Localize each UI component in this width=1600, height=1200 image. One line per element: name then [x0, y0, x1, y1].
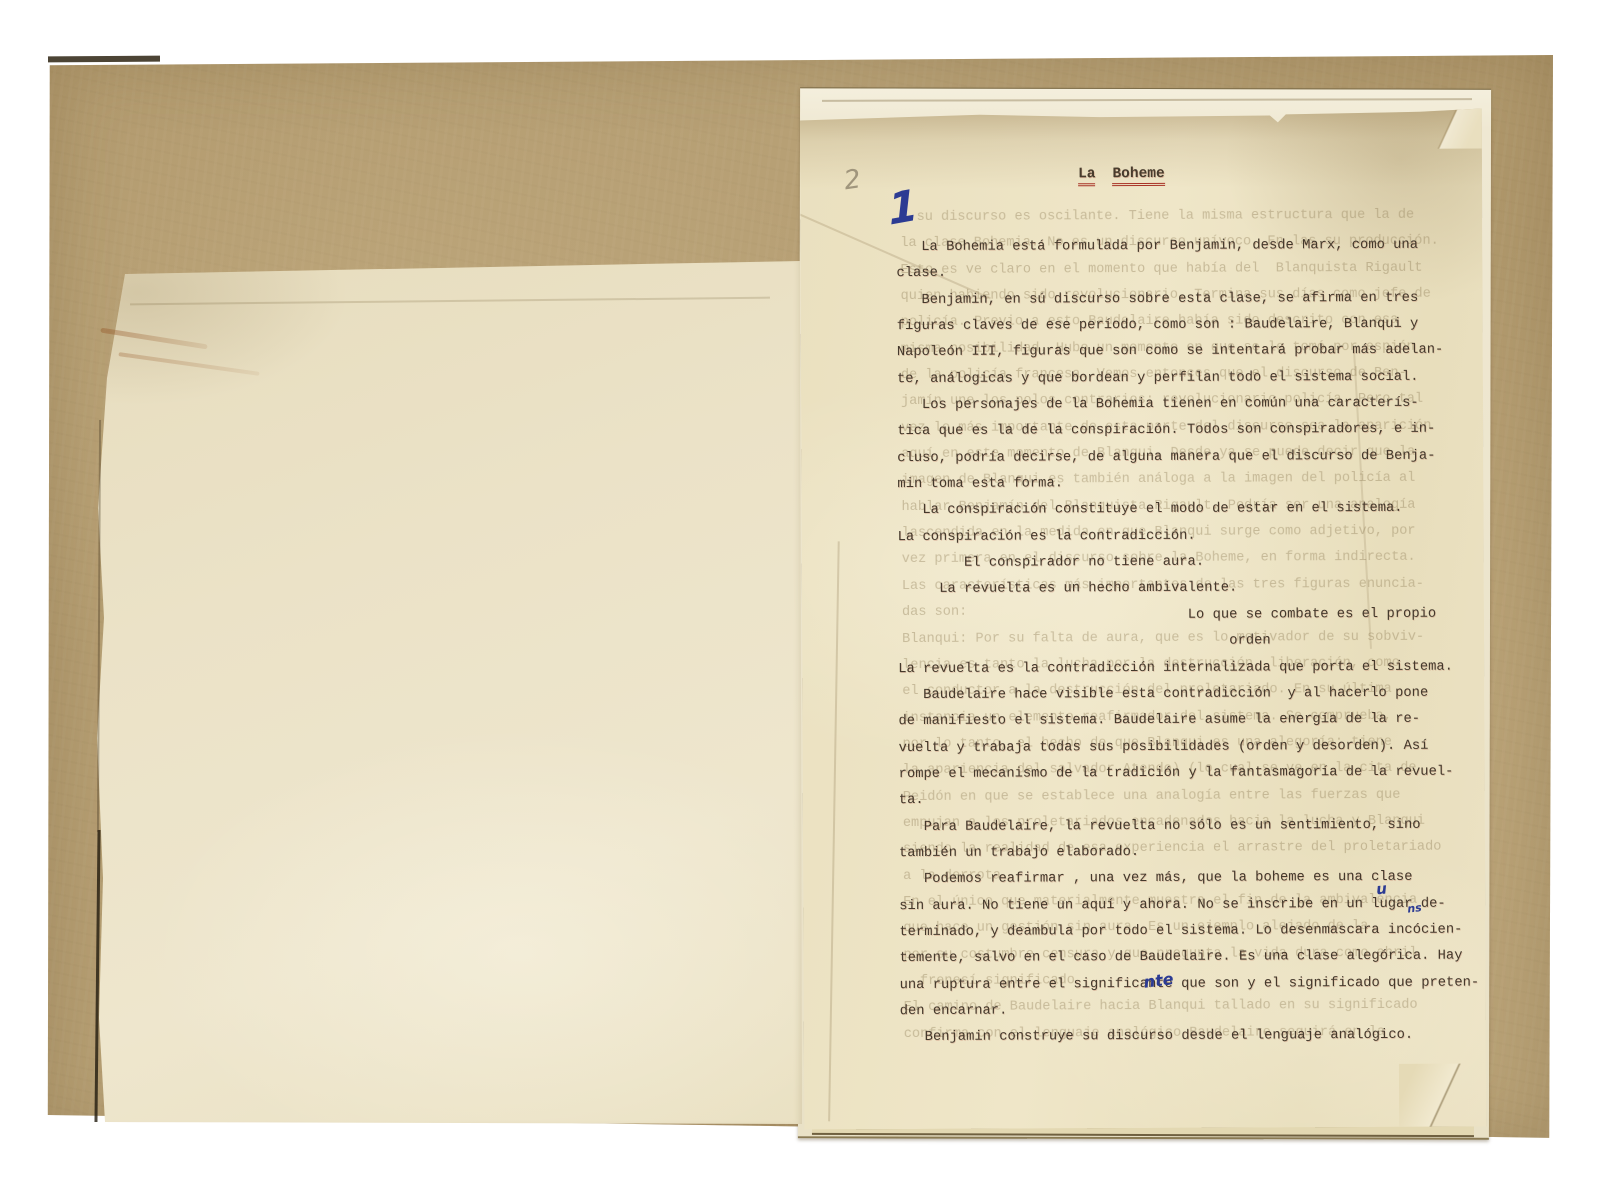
scanned-document-photo: su discurso es oscilante. Tiene la misma… — [0, 0, 1600, 1200]
typed-manuscript-page: su discurso es oscilante. Tiene la misma… — [800, 109, 1486, 1130]
typed-line: terminado, y deambula por todo el sistem… — [899, 917, 1486, 946]
typed-line: Benjamin construye su discurso desde el … — [900, 1023, 1486, 1052]
typed-line: de manifiesto el sistema. Baudelaire asu… — [898, 707, 1486, 736]
typed-text-body: La Bohemia está formulada por Benjamin, … — [896, 232, 1486, 1051]
typed-line: den encarnar. — [900, 996, 1487, 1025]
typed-line: El conspirador no tiene aura. — [898, 549, 1487, 578]
top-right-corner-fold — [1420, 109, 1482, 149]
typed-line: Lo que se combate es el propio — [898, 601, 1486, 630]
ink-correction-ns: ns — [1407, 901, 1423, 915]
page-title: LaBoheme — [1078, 166, 1165, 182]
typed-line: Benjamin, en sú discurso sobre esta clas… — [897, 285, 1487, 314]
typed-line: Baudelaire hace visible esta contradicci… — [898, 680, 1486, 709]
typed-line: min toma esta forma. — [897, 470, 1486, 499]
typed-line: La revuelta es un hecho ambivalente. — [898, 575, 1486, 604]
typed-line: La revuelta es la contradicción internal… — [898, 654, 1486, 683]
ink-correction-nte: nte — [1142, 969, 1174, 992]
folder-top-edge-mark — [48, 56, 160, 63]
typed-line: La Bohemia está formulada por Benjamin, … — [896, 232, 1486, 261]
typed-line: te, análogicas y que bordean y perfilan … — [897, 364, 1486, 393]
typed-line: Los personajes de la Bohemia tienen en c… — [897, 391, 1486, 420]
bottom-right-dogear — [1399, 1064, 1486, 1128]
typed-line: vuelta y trabaja todas sus posibilidades… — [899, 733, 1487, 762]
typed-line: Para Baudelaire, la revuelta no sólo es … — [899, 812, 1486, 841]
typed-line: rompe el mecanismo de la tradición y la … — [899, 759, 1487, 788]
ink-page-number: 1 — [887, 180, 920, 235]
blank-cream-sheet — [95, 258, 802, 1126]
pencil-corner-number: 2 — [842, 164, 863, 196]
typed-line: tica que es la de la conspiración. Todos… — [897, 417, 1486, 446]
ink-correction-u: u — [1375, 880, 1387, 899]
typed-line: una ruptura entre el significante que so… — [900, 970, 1487, 999]
typed-line: La conspiración es la contradicción. — [898, 522, 1487, 551]
typed-line: figuras claves de ese período, como son … — [897, 312, 1487, 341]
typed-line: Napoleón III, figuras que son como se in… — [897, 338, 1486, 367]
typed-line: La conspiración constituye el modo de es… — [897, 496, 1486, 525]
title-word-boheme: Boheme — [1112, 166, 1164, 186]
typed-line: orden — [898, 628, 1486, 657]
typed-line: sin aura. No tiene un aquí y ahora. No s… — [899, 891, 1486, 920]
typed-line: ta. — [899, 786, 1486, 815]
typed-line: temente, salvo en el caso de Baudelaire.… — [899, 944, 1486, 973]
title-word-la: La — [1078, 166, 1095, 186]
typed-line: cluso, podría decirse, de alguna manera … — [897, 443, 1486, 472]
page-crease-vertical — [828, 541, 839, 1121]
typed-line: clase. — [896, 259, 1486, 288]
typed-line: también un trabajo elaborado. — [899, 838, 1486, 867]
typed-line: Podemos reafirmar , una vez más, que la … — [899, 865, 1486, 894]
bleedthrough-line: su discurso es oscilante. Tiene la misma… — [900, 202, 1486, 231]
